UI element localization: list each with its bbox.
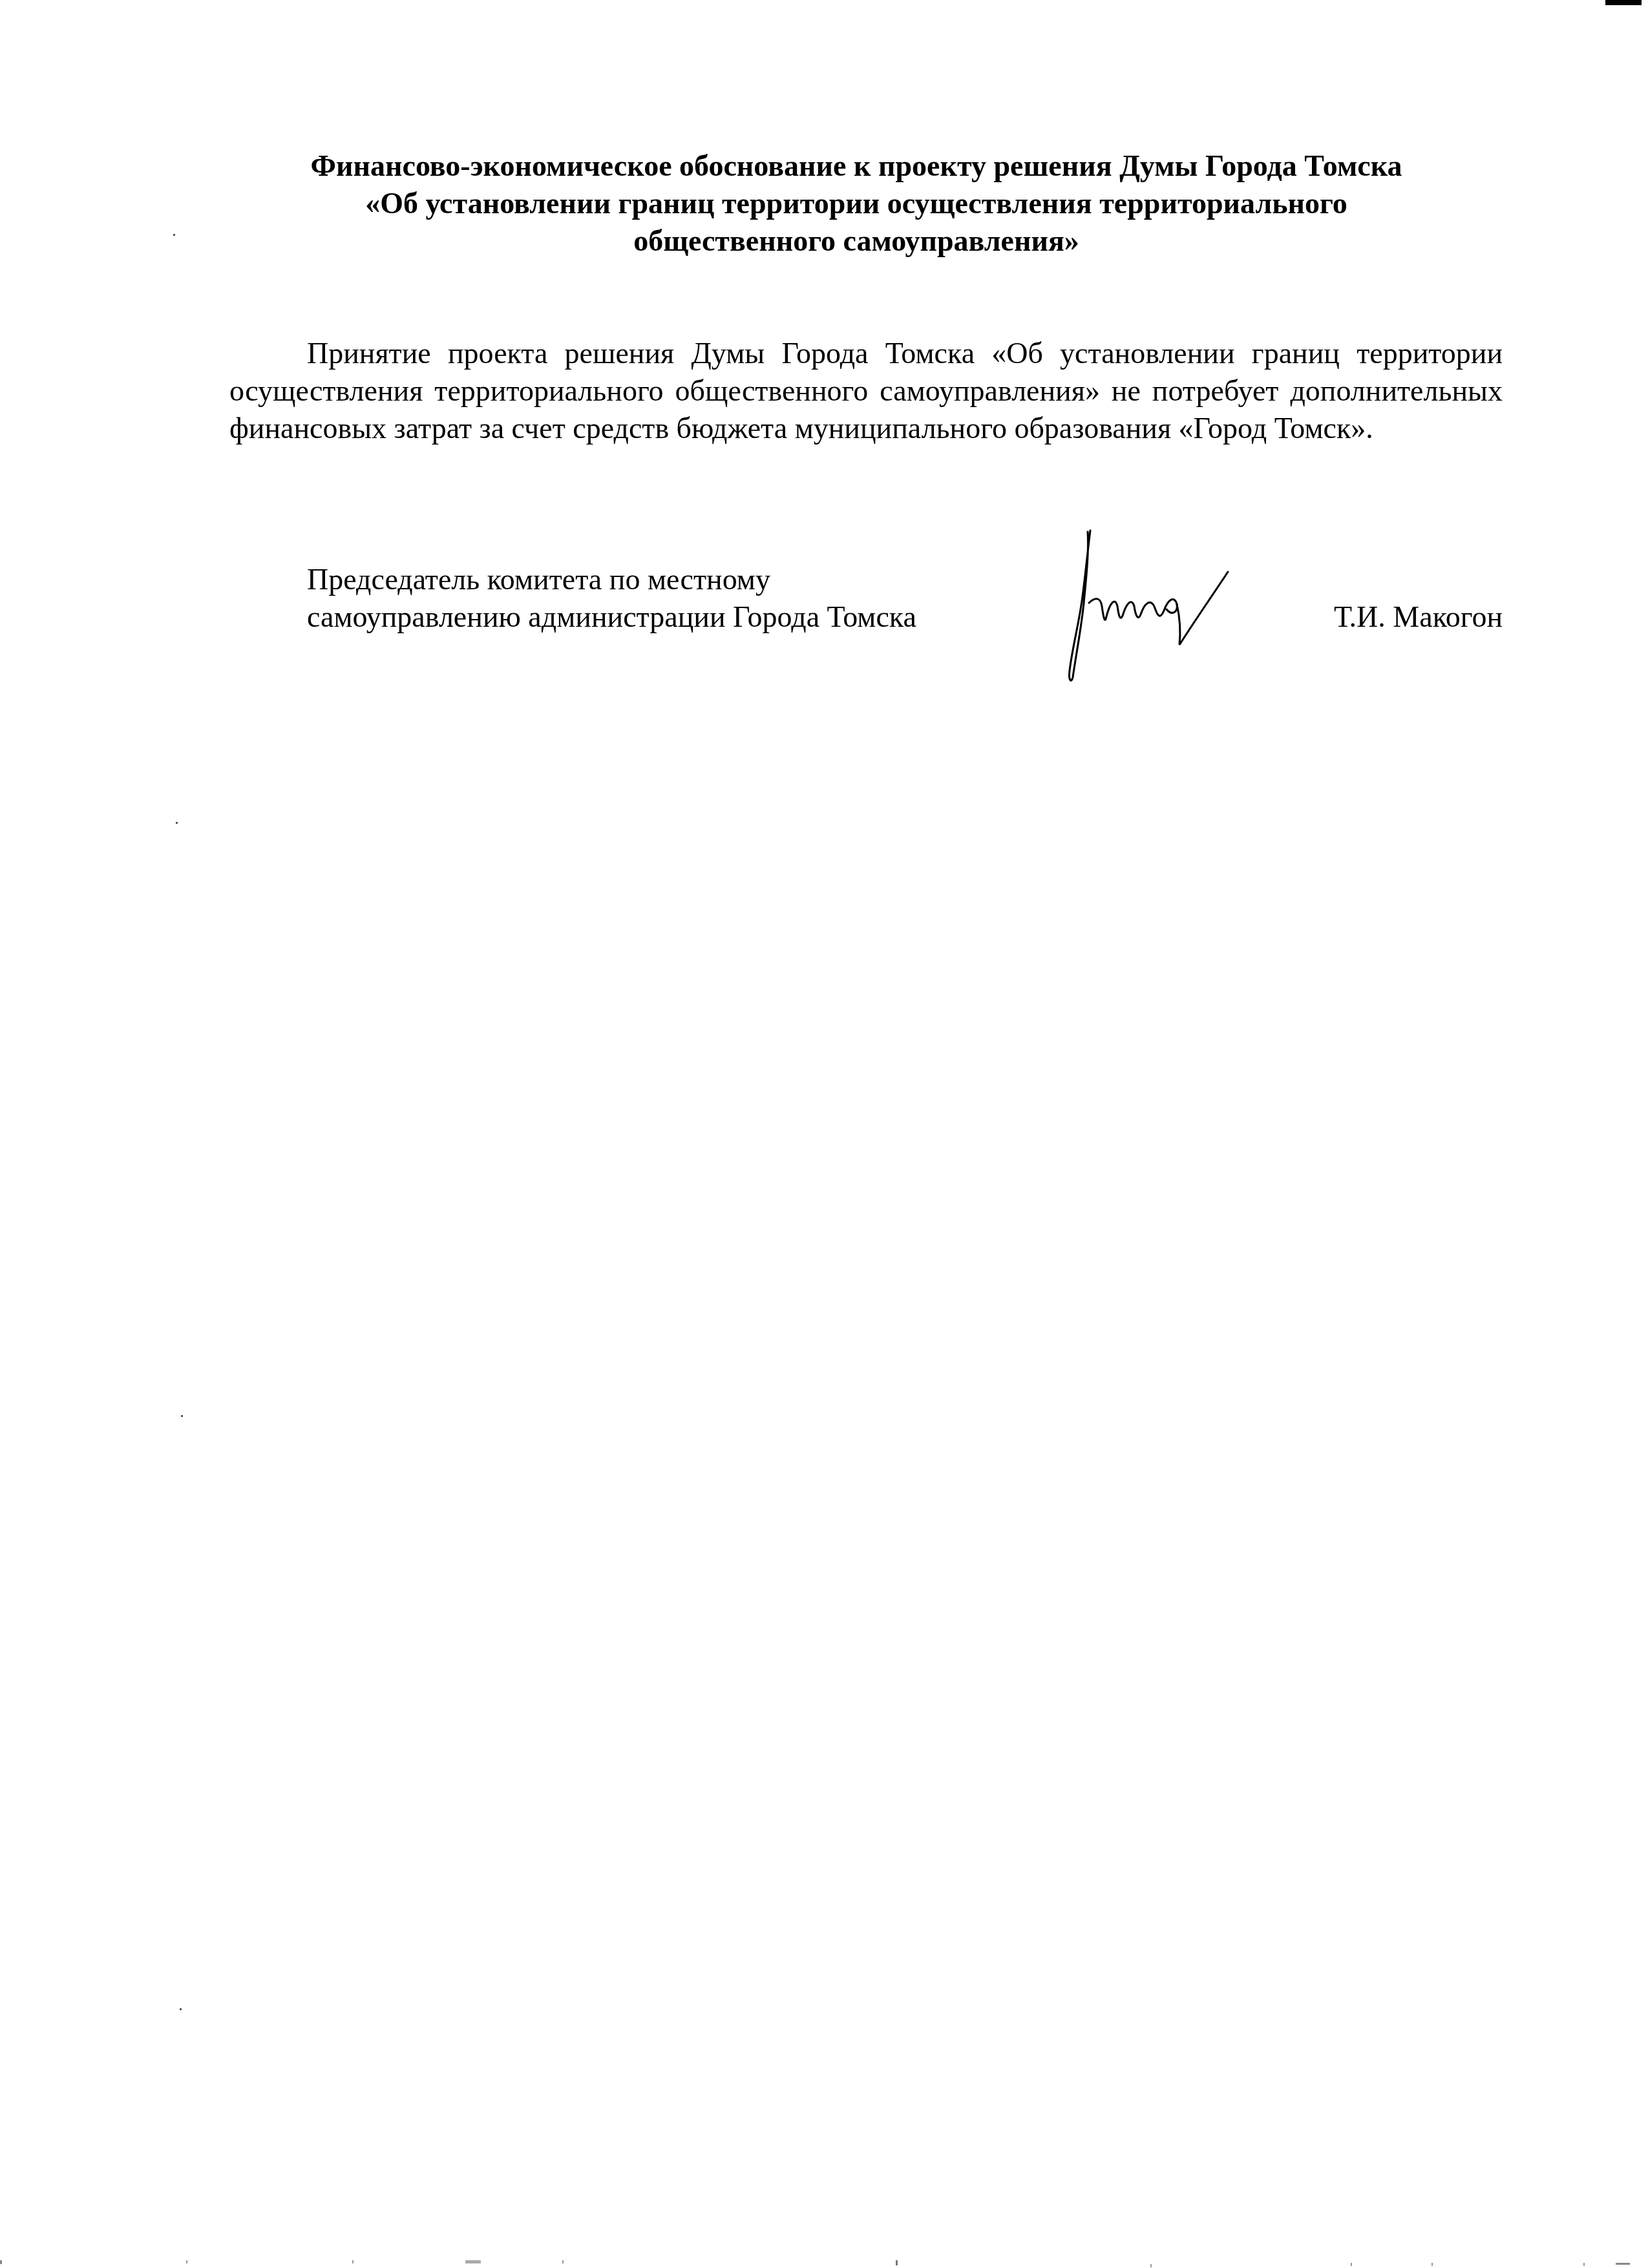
signatory-position: Председатель комитета по местному самоуп… — [307, 561, 916, 636]
body-paragraph: Принятие проекта решения Думы Города Том… — [229, 335, 1503, 447]
title-line: общественного самоуправления» — [226, 222, 1486, 260]
handwritten-signature-icon — [1050, 525, 1263, 687]
document-title: Финансово-экономическое обоснование к пр… — [226, 147, 1486, 260]
scan-artifact-bottom-edge — [0, 2259, 1648, 2268]
title-line: Финансово-экономическое обоснование к пр… — [226, 147, 1486, 185]
scan-artifact-dot — [180, 2008, 182, 2010]
signatory-position-line: самоуправлению администрации Города Томс… — [307, 598, 916, 636]
scan-artifact-dot — [181, 1415, 183, 1417]
signatory-name: Т.И. Макогон — [1334, 598, 1503, 636]
signatory-position-line: Председатель комитета по местному — [307, 561, 916, 598]
scan-artifact-mark — [1605, 0, 1642, 5]
title-line: «Об установлении границ территории осуще… — [226, 185, 1486, 222]
signature-block: Председатель комитета по местному самоуп… — [307, 561, 1503, 703]
scan-artifact-dot — [176, 822, 178, 824]
scan-artifact-dot — [173, 234, 175, 236]
